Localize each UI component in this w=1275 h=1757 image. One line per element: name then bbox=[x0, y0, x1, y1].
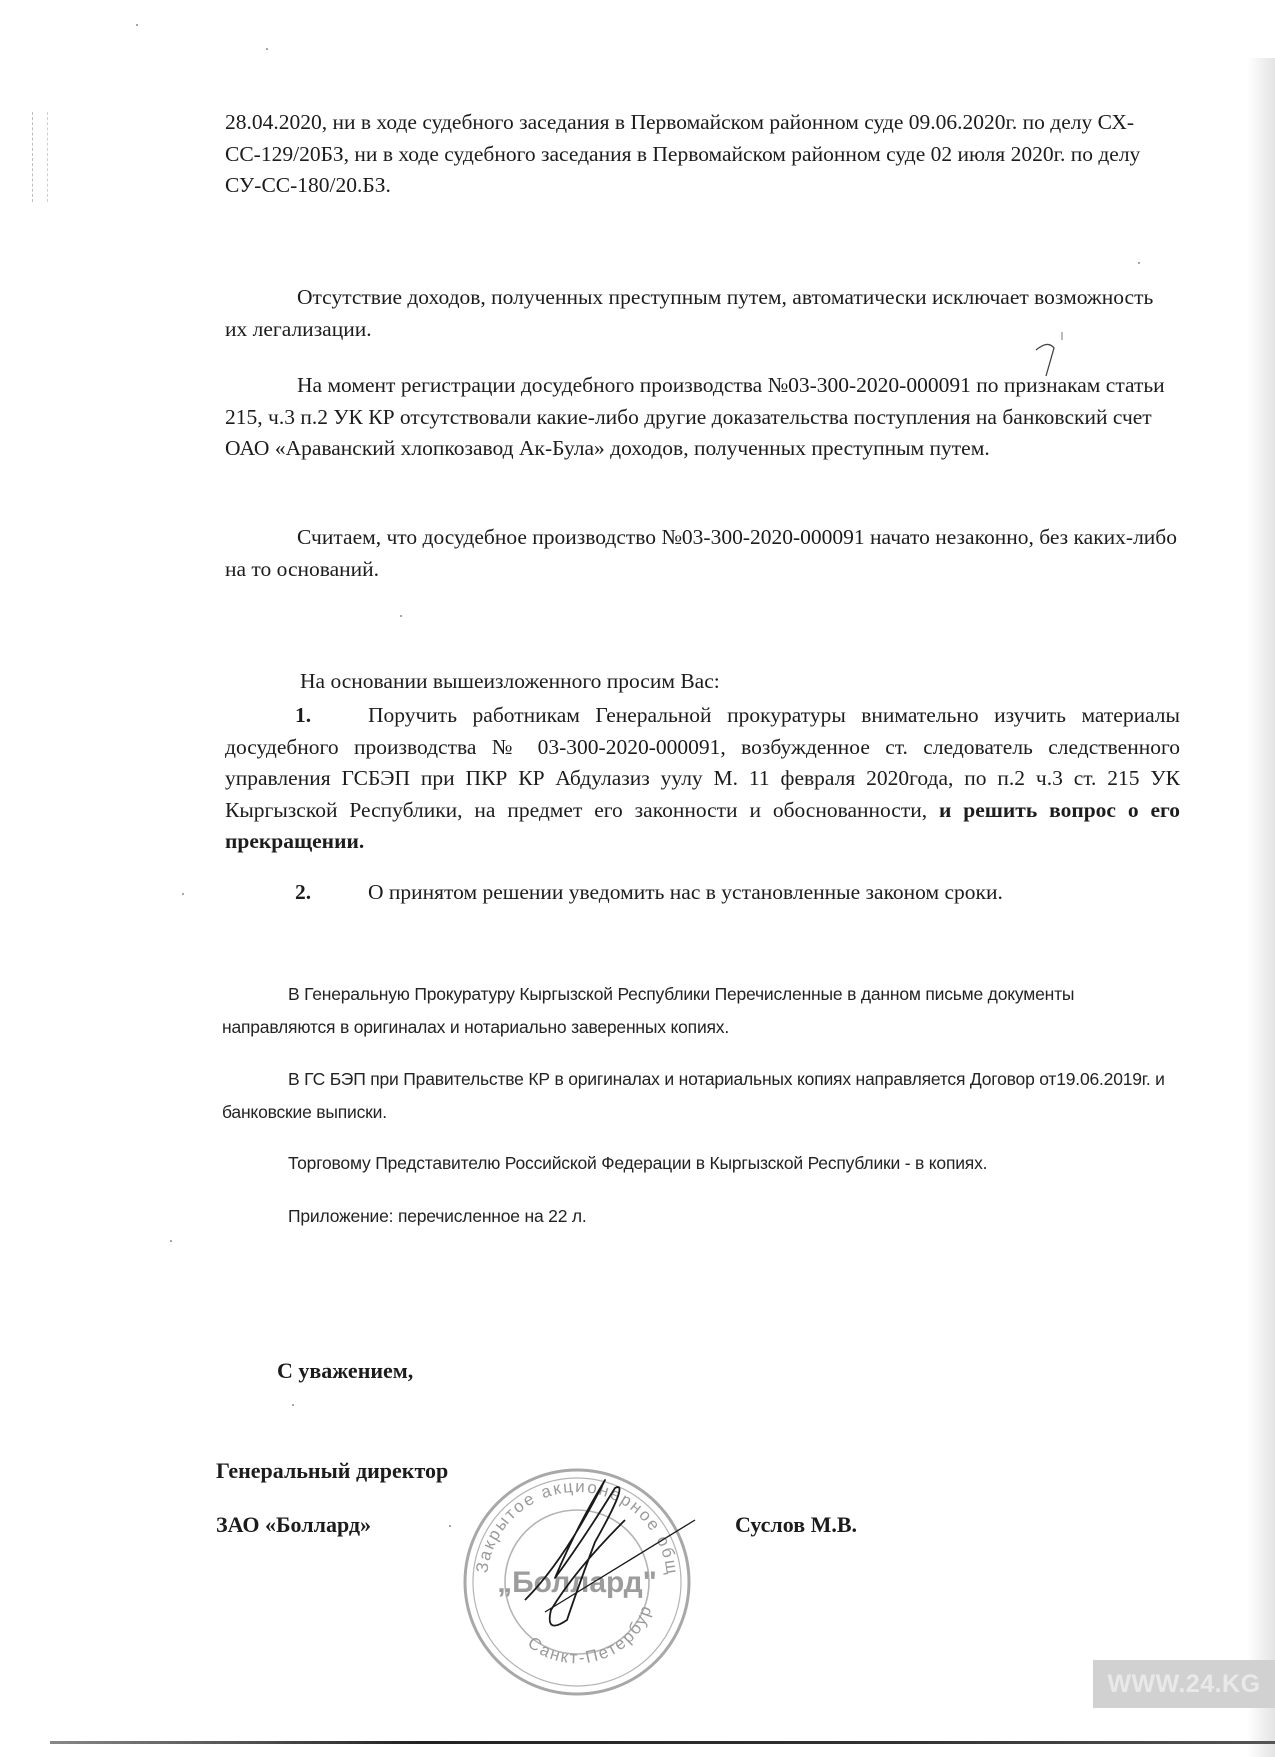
company-stamp: Закрытое акционерное общество Санкт-Пете… bbox=[455, 1460, 700, 1705]
scan-speck bbox=[1138, 262, 1140, 264]
paragraph-illegal-start: Считаем, что досудебное производство №03… bbox=[225, 522, 1180, 585]
request-intro: На основании вышеизложенного просим Вас: bbox=[300, 666, 1180, 698]
request-item-1: 1.Поручить работникам Генеральной прокур… bbox=[225, 700, 1180, 858]
scan-speck bbox=[449, 1525, 451, 1527]
scan-speck bbox=[292, 1404, 294, 1406]
site-watermark: WWW.24.KG bbox=[1093, 1660, 1275, 1708]
scan-speck bbox=[170, 1240, 172, 1242]
signer-position: Генеральный директор bbox=[216, 1458, 448, 1484]
scan-speck bbox=[136, 24, 138, 26]
scan-speck bbox=[182, 893, 184, 895]
request-item-2: 2.О принятом решении уведомить нас в уст… bbox=[225, 877, 1180, 909]
paragraph-court-sessions: 28.04.2020, ни в ходе судебного заседани… bbox=[225, 107, 1180, 202]
scan-speck bbox=[400, 615, 402, 617]
scan-artifact bbox=[32, 112, 48, 202]
stamp-center-text: „Боллард" bbox=[497, 1566, 657, 1599]
page-edge bbox=[50, 1741, 1275, 1744]
distribution-trade-rep: Торговому Представителю Российской Федер… bbox=[222, 1147, 1172, 1180]
signer-name: Суслов М.В. bbox=[735, 1512, 857, 1538]
request-number: 2. bbox=[295, 877, 368, 909]
signer-company: ЗАО «Боллард» bbox=[216, 1512, 371, 1538]
request-text: О принятом решении уведомить нас в устан… bbox=[368, 880, 1003, 904]
request-number: 1. bbox=[295, 700, 368, 732]
attachment-note: Приложение: перечисленное на 22 л. bbox=[222, 1200, 1172, 1233]
closing-regards: С уважением, bbox=[277, 1358, 413, 1384]
scan-speck bbox=[266, 48, 268, 50]
scan-shadow bbox=[1247, 58, 1275, 1757]
distribution-gsbep: В ГС БЭП при Правительстве КР в оригинал… bbox=[222, 1063, 1172, 1129]
handwritten-mark bbox=[1030, 330, 1070, 380]
distribution-prosecutor: В Генеральную Прокуратуру Кыргызской Рес… bbox=[222, 978, 1172, 1044]
paragraph-registration: На момент регистрации досудебного произв… bbox=[225, 370, 1180, 465]
